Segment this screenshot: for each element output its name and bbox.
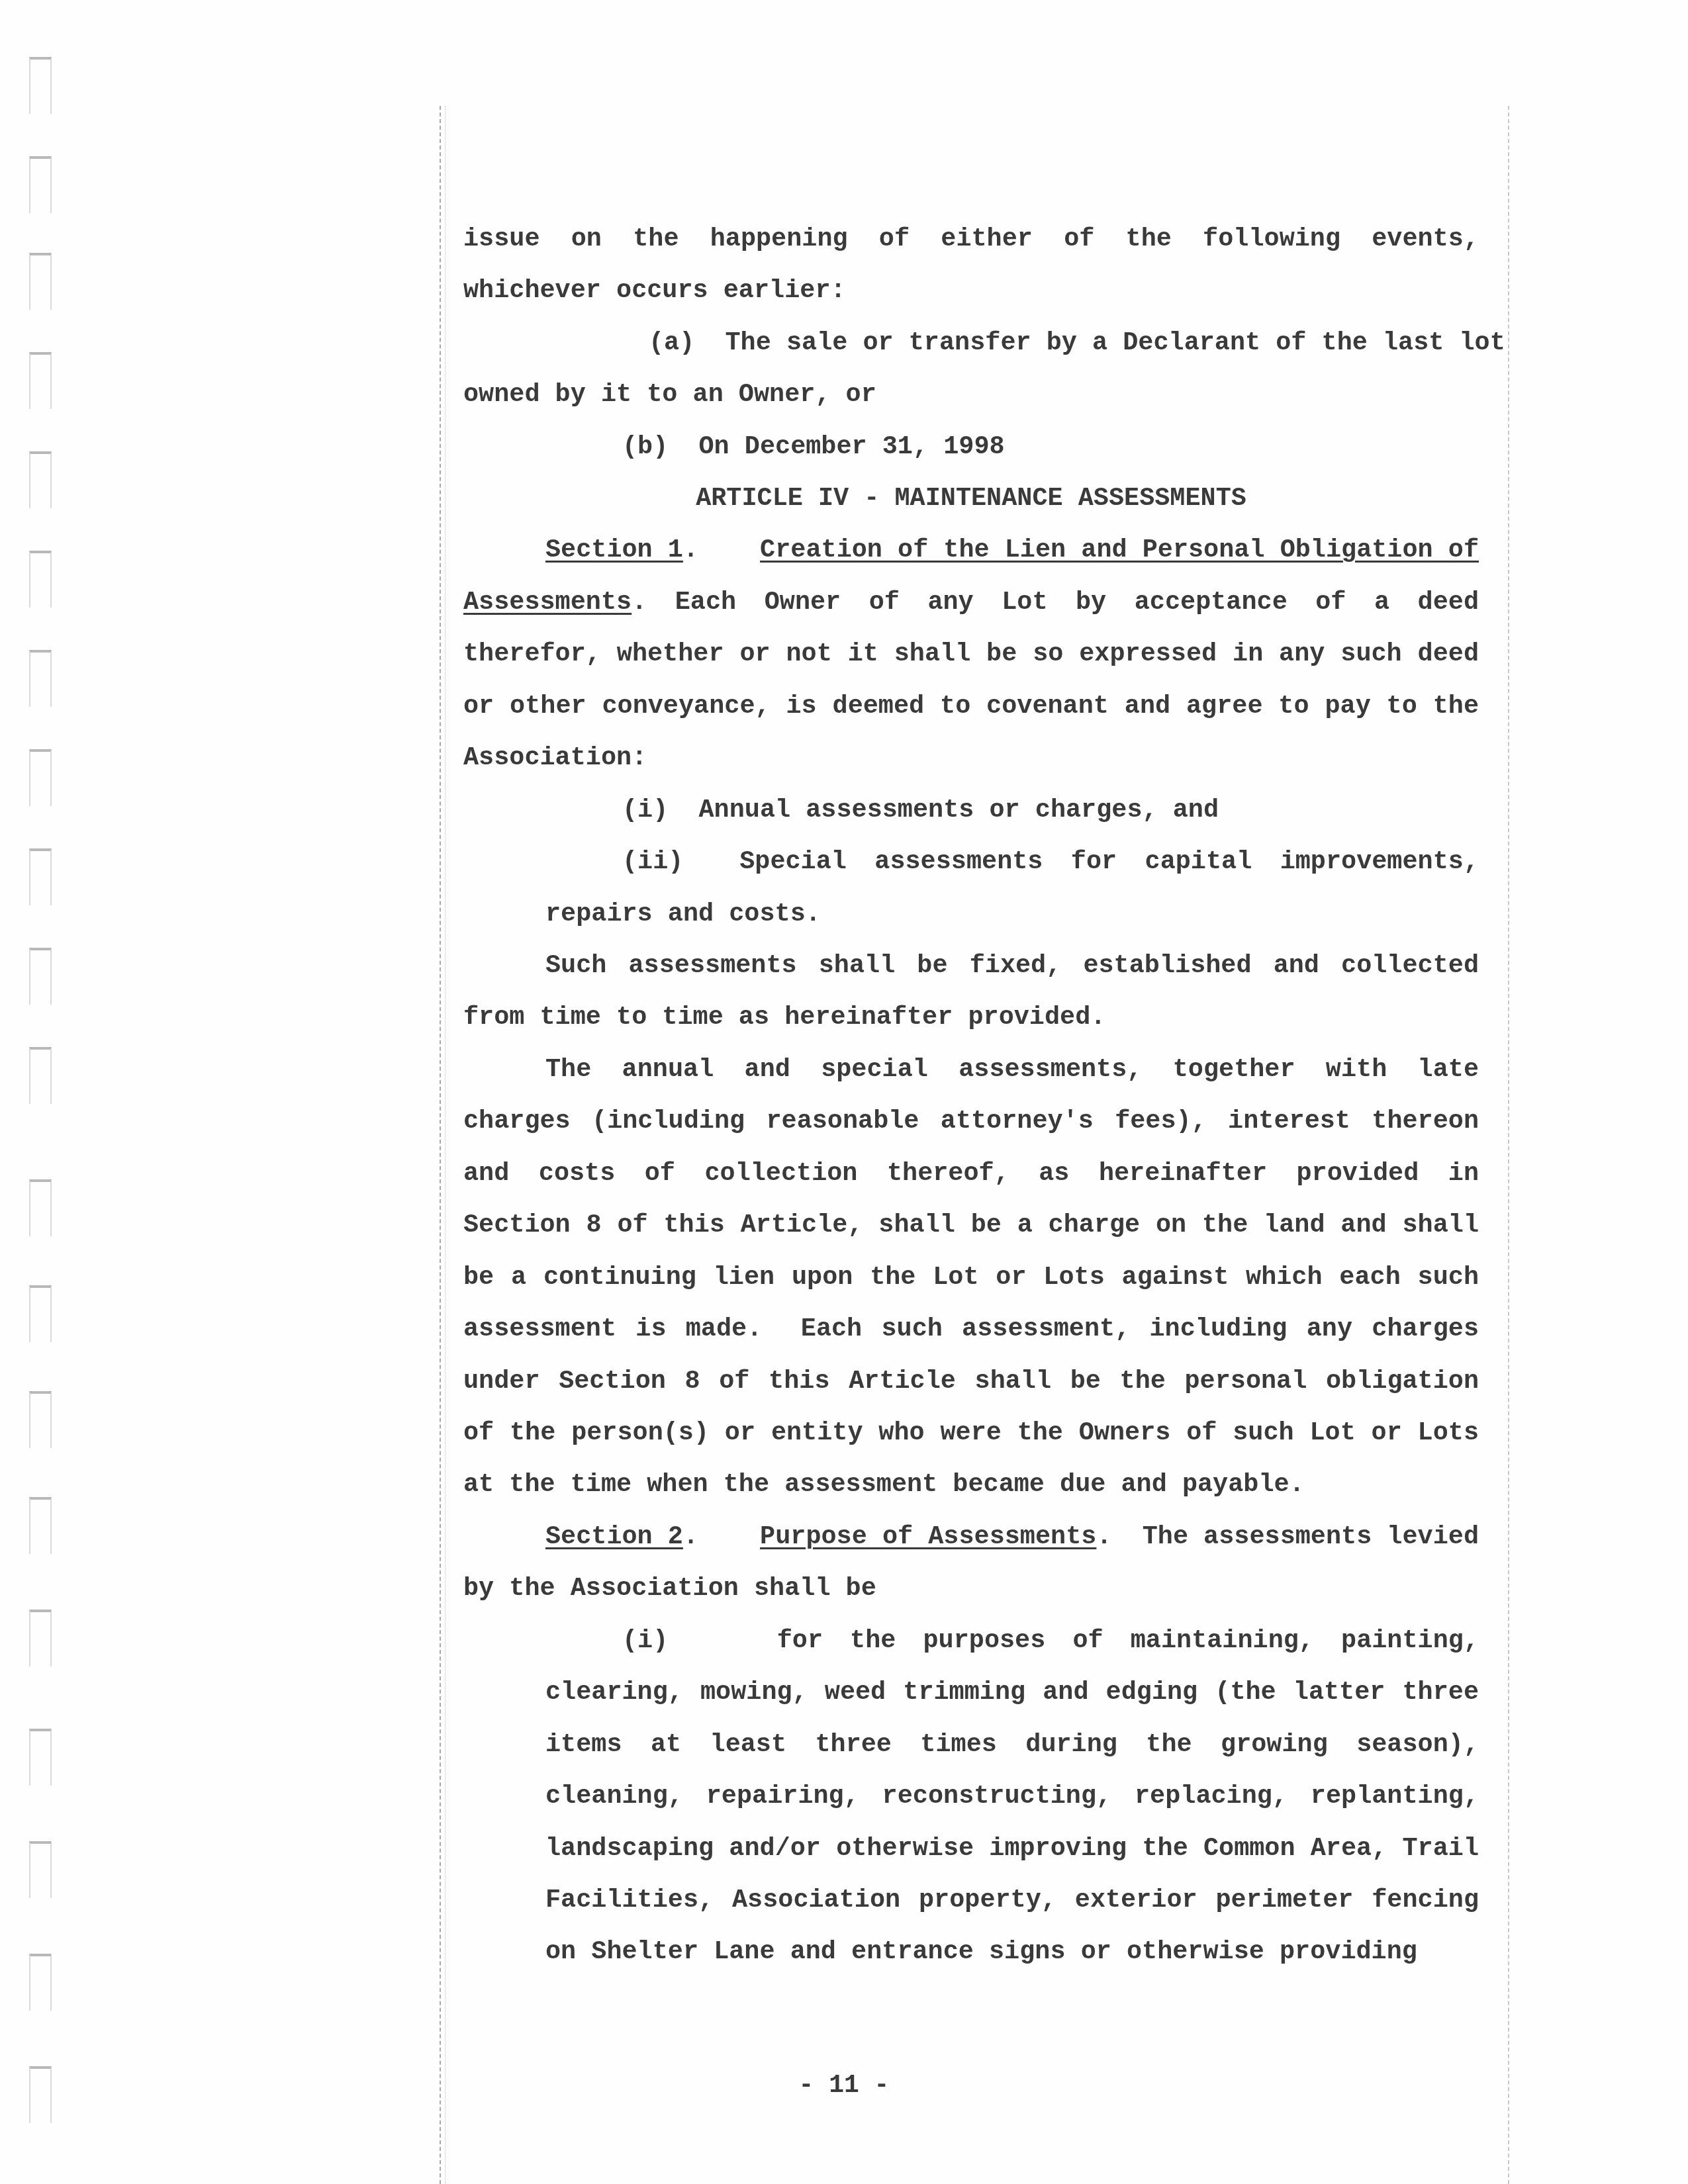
- section-1-title: Creation of the Lien and Personal Obliga…: [760, 524, 1479, 576]
- binder-mark-icon: [29, 451, 52, 508]
- binder-mark-icon: [29, 156, 52, 213]
- section-1-heading: Section 1. Creation of the Lien and Pers…: [545, 524, 1479, 576]
- page-number: - 11 -: [0, 2071, 1688, 2100]
- article-heading: ARTICLE IV - MAINTENANCE ASSESSMENTS: [463, 473, 1479, 525]
- binder-mark-icon: [29, 1729, 52, 1786]
- left-margin-rule-secondary: [445, 106, 445, 2184]
- text-line: items at least three times during the gr…: [545, 1719, 1479, 1771]
- text-line: landscaping and/or otherwise improving t…: [545, 1823, 1479, 1875]
- text-line: Association:: [463, 732, 647, 784]
- text-line: Such assessments shall be fixed, establi…: [545, 940, 1479, 992]
- right-margin-rule: [1508, 106, 1509, 2184]
- binder-mark-icon: [29, 1610, 52, 1666]
- text-line: The annual and special assessments, toge…: [545, 1044, 1479, 1096]
- binder-mark-icon: [29, 57, 52, 114]
- text-line: from time to time as hereinafter provide…: [463, 991, 1105, 1044]
- binder-mark-icon: [29, 551, 52, 608]
- text-line: under Section 8 of this Article shall be…: [463, 1355, 1479, 1408]
- section-2-rest: . The assessments levied: [1096, 1522, 1479, 1551]
- section-1-title-cont: Assessments: [463, 576, 632, 629]
- section-2-title: Purpose of Assessments: [760, 1522, 1096, 1551]
- text-line: be a continuing lien upon the Lot or Lot…: [463, 1251, 1479, 1304]
- binder-mark-icon: [29, 1497, 52, 1554]
- text-line: on Shelter Lane and entrance signs or ot…: [545, 1926, 1417, 1978]
- binder-mark-icon: [29, 253, 52, 310]
- binder-hole-marks: [26, 0, 66, 2184]
- text-line: charges (including reasonable attorney's…: [463, 1095, 1479, 1148]
- text-line: repairs and costs.: [545, 888, 821, 940]
- document-page: issue on the happening of either of the …: [0, 0, 1688, 2184]
- section-2-heading: Section 2. Purpose of Assessments. The a…: [545, 1511, 1479, 1563]
- binder-mark-icon: [29, 948, 52, 1005]
- binder-mark-icon: [29, 1954, 52, 2011]
- text-line: Facilities, Association property, exteri…: [545, 1874, 1479, 1927]
- list-item-ii: (ii) Special assessments for capital imp…: [622, 836, 1479, 888]
- binder-mark-icon: [29, 650, 52, 707]
- text-line: by the Association shall be: [463, 1563, 876, 1615]
- section-2-label: Section 2: [545, 1522, 683, 1551]
- text-line: of the person(s) or entity who were the …: [463, 1407, 1479, 1459]
- binder-mark-icon: [29, 1047, 52, 1104]
- text-line: owned by it to an Owner, or: [463, 369, 876, 421]
- text-line: assessment is made. Each such assessment…: [463, 1303, 1479, 1355]
- left-margin-rule: [440, 106, 441, 2184]
- text-line-rest: . Each Owner of any Lot by acceptance of…: [632, 576, 1479, 629]
- binder-mark-icon: [29, 352, 52, 409]
- list-item-b: (b) On December 31, 1998: [622, 421, 1005, 473]
- text-line: whichever occurs earlier:: [463, 265, 846, 317]
- text-line: or other conveyance, is deemed to covena…: [463, 680, 1479, 733]
- binder-mark-icon: [29, 848, 52, 905]
- binder-mark-icon: [29, 749, 52, 806]
- text-line: at the time when the assessment became d…: [463, 1459, 1305, 1511]
- binder-mark-icon: [29, 1391, 52, 1448]
- list-item-purpose-i: (i) for the purposes of maintaining, pai…: [622, 1615, 1479, 1667]
- text-line: issue on the happening of either of the …: [463, 213, 1479, 265]
- text-line: therefor, whether or not it shall be so …: [463, 628, 1479, 680]
- binder-mark-icon: [29, 1179, 52, 1236]
- text-line: cleaning, repairing, reconstructing, rep…: [545, 1770, 1479, 1823]
- section-1-label: Section 1: [545, 535, 683, 565]
- text-line: Assessments . Each Owner of any Lot by a…: [463, 576, 1479, 629]
- list-item-i: (i) Annual assessments or charges, and: [622, 784, 1219, 837]
- text-line: clearing, mowing, weed trimming and edgi…: [545, 1666, 1479, 1719]
- text-line: and costs of collection thereof, as here…: [463, 1148, 1479, 1200]
- binder-mark-icon: [29, 1841, 52, 1898]
- list-item-a: (a) The sale or transfer by a Declarant …: [649, 317, 1479, 369]
- binder-mark-icon: [29, 1285, 52, 1342]
- text-line: Section 8 of this Article, shall be a ch…: [463, 1199, 1479, 1251]
